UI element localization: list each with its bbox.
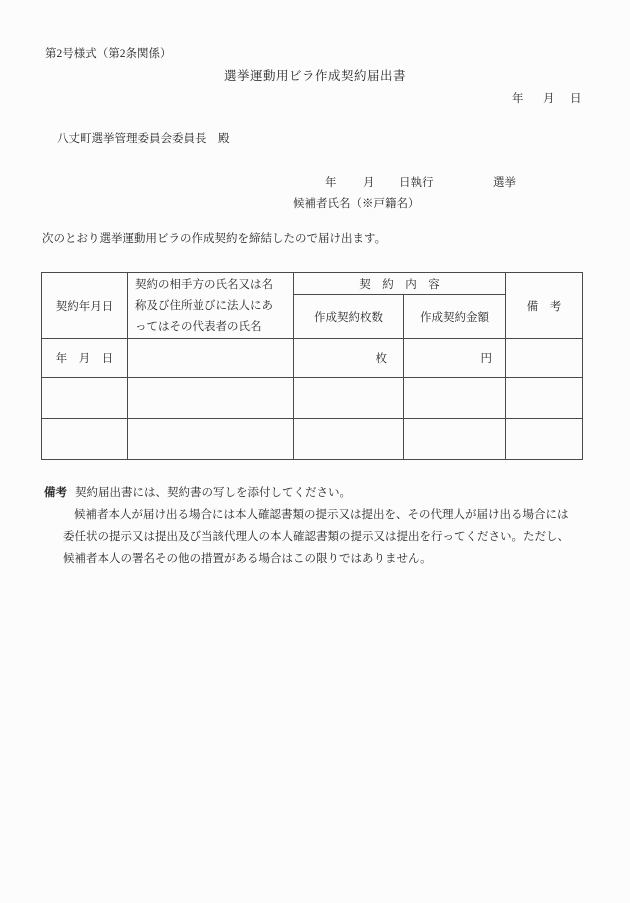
cell-amount — [404, 378, 506, 419]
execution-day-label: 日執行 — [399, 176, 434, 191]
candidate-name-label: 候補者氏名（※戸籍名） — [293, 197, 420, 212]
header-remarks: 備 考 — [506, 273, 583, 339]
header-contract-party-line-2: 称及び住所並びに法人にあ — [135, 296, 285, 317]
notes-line-4: 候補者本人の署名その他の措置がある場合はこの限りではありません。 — [63, 552, 432, 567]
execution-month-label: 月 — [363, 176, 375, 191]
table-row — [42, 378, 583, 419]
table-row: 年 月 日 枚 円 — [42, 339, 583, 378]
header-contract-party-line-3: ってはその代表者の氏名 — [135, 317, 285, 338]
execution-year-label: 年 — [325, 176, 337, 191]
document-page: 第2号様式（第2条関係） 選挙運動用ビラ作成契約届出書 年 月 日 八丈町選挙管… — [0, 0, 630, 903]
cell-sheets: 枚 — [294, 339, 404, 378]
header-amount: 作成契約金額 — [404, 295, 506, 339]
addressee-line: 八丈町選挙管理委員会委員長 殿 — [57, 132, 230, 147]
form-number: 第2号様式（第2条関係） — [45, 47, 172, 62]
header-contract-date: 契約年月日 — [42, 273, 128, 339]
cell-contract-date — [42, 378, 128, 419]
cell-remarks — [506, 339, 583, 378]
top-date-year-label: 年 — [512, 92, 524, 107]
notes-line-2: 候補者本人が届け出る場合には本人確認書類の提示又は提出を、その代理人が届け出る場… — [74, 508, 569, 523]
cell-amount — [404, 419, 506, 460]
election-label: 選挙 — [493, 176, 516, 191]
cell-contract-date: 年 月 日 — [42, 339, 128, 378]
cell-contract-date — [42, 419, 128, 460]
cell-amount: 円 — [404, 339, 506, 378]
header-sheets: 作成契約枚数 — [294, 295, 404, 339]
cell-sheets — [294, 419, 404, 460]
header-contract-party-line-1: 契約の相手方の氏名又は名 — [135, 275, 285, 296]
page-title: 選挙運動用ビラ作成契約届出書 — [0, 67, 630, 85]
cell-contract-party — [128, 419, 294, 460]
cell-sheets — [294, 378, 404, 419]
table-row — [42, 419, 583, 460]
top-date-day-label: 日 — [570, 92, 582, 107]
header-contract-content: 契 約 内 容 — [294, 273, 506, 295]
cell-remarks — [506, 419, 583, 460]
header-contract-party: 契約の相手方の氏名又は名 称及び住所並びに法人にあ ってはその代表者の氏名 — [128, 273, 294, 339]
notes-label: 備考 — [44, 486, 67, 501]
cell-contract-party — [128, 339, 294, 378]
notes-line-3: 委任状の提示又は提出及び当該代理人の本人確認書類の提示又は提出を行ってください。… — [63, 530, 569, 545]
contract-table: 契約年月日 契約の相手方の氏名又は名 称及び住所並びに法人にあ ってはその代表者… — [41, 272, 583, 460]
declaration-sentence: 次のとおり選挙運動用ビラの作成契約を締結したので届け出ます。 — [42, 232, 386, 247]
cell-remarks — [506, 378, 583, 419]
notes-line-1: 契約届出書には、契約書の写しを添付してください。 — [75, 486, 351, 501]
top-date-month-label: 月 — [543, 92, 555, 107]
cell-contract-party — [128, 378, 294, 419]
table-header-row-1: 契約年月日 契約の相手方の氏名又は名 称及び住所並びに法人にあ ってはその代表者… — [42, 273, 583, 295]
